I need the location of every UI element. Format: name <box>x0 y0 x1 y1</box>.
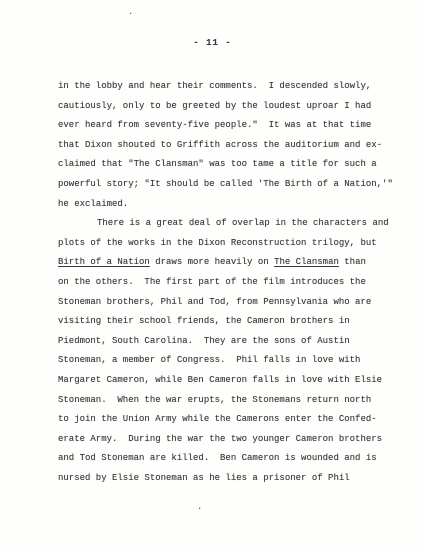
line-text: erate Army. During the war the two young… <box>58 434 382 444</box>
line-text: ever heard from seventy-five people." It… <box>58 120 371 130</box>
text-line: he exclaimed. <box>58 195 403 215</box>
line-text: Stoneman. When the war erupts, the Stone… <box>58 395 371 405</box>
text-line: that Dixon shouted to Griffith across th… <box>58 136 403 156</box>
line-text: visiting their school friends, the Camer… <box>58 316 350 326</box>
text-line: claimed that "The Clansman" was too tame… <box>58 155 403 175</box>
line-text: nursed by Elsie Stoneman as he lies a pr… <box>58 473 350 483</box>
text-line: Birth of a Nation draws more heavily on … <box>58 253 403 273</box>
line-text: Stoneman, a member of Congress. Phil fal… <box>58 355 360 365</box>
line-text: There is a great deal of overlap in the … <box>97 218 389 228</box>
text-line: to join the Union Army while the Cameron… <box>58 410 403 430</box>
line-text: to join the Union Army while the Cameron… <box>58 414 377 424</box>
line-text: in the lobby and hear their comments. I … <box>58 81 371 91</box>
line-text: powerful story; "It should be called 'Th… <box>58 179 393 189</box>
line-text: claimed that "The Clansman" was too tame… <box>58 159 377 169</box>
text-line: Stoneman. When the war erupts, the Stone… <box>58 391 403 411</box>
ink-speck-top: . <box>128 8 133 17</box>
underlined-title: The Clansman <box>274 257 339 267</box>
text-line: visiting their school friends, the Camer… <box>58 312 403 332</box>
text-line: erate Army. During the war the two young… <box>58 430 403 450</box>
text-lines: in the lobby and hear their comments. I … <box>58 77 403 488</box>
ink-speck-bottom: . <box>197 503 202 512</box>
line-text: than <box>339 257 366 267</box>
line-text: Piedmont, South Carolina. They are the s… <box>58 336 350 346</box>
underlined-title: Birth of a Nation <box>58 257 150 267</box>
line-text: that Dixon shouted to Griffith across th… <box>58 140 382 150</box>
line-text: plots of the works in the Dixon Reconstr… <box>58 238 377 248</box>
text-line: nursed by Elsie Stoneman as he lies a pr… <box>58 469 403 489</box>
line-text: he exclaimed. <box>58 199 128 209</box>
text-line: on the others. The first part of the fil… <box>58 273 403 293</box>
text-line: powerful story; "It should be called 'Th… <box>58 175 403 195</box>
text-line: There is a great deal of overlap in the … <box>58 214 403 234</box>
text-line: Stoneman brothers, Phil and Tod, from Pe… <box>58 293 403 313</box>
text-line: Piedmont, South Carolina. They are the s… <box>58 332 403 352</box>
text-line: in the lobby and hear their comments. I … <box>58 77 403 97</box>
line-text: cautiously, only to be greeted by the lo… <box>58 101 371 111</box>
text-line: and Tod Stoneman are killed. Ben Cameron… <box>58 449 403 469</box>
line-text: draws more heavily on <box>150 257 274 267</box>
text-line: Stoneman, a member of Congress. Phil fal… <box>58 351 403 371</box>
line-text: Stoneman brothers, Phil and Tod, from Pe… <box>58 297 371 307</box>
document-page: . - 11 - in the lobby and hear their com… <box>0 0 425 550</box>
text-line: ever heard from seventy-five people." It… <box>58 116 403 136</box>
text-line: cautiously, only to be greeted by the lo… <box>58 97 403 117</box>
line-text: Margaret Cameron, while Ben Cameron fall… <box>58 375 382 385</box>
line-text: and Tod Stoneman are killed. Ben Cameron… <box>58 453 377 463</box>
page-number: - 11 - <box>0 38 425 48</box>
text-line: plots of the works in the Dixon Reconstr… <box>58 234 403 254</box>
line-text: on the others. The first part of the fil… <box>58 277 366 287</box>
text-line: Margaret Cameron, while Ben Cameron fall… <box>58 371 403 391</box>
